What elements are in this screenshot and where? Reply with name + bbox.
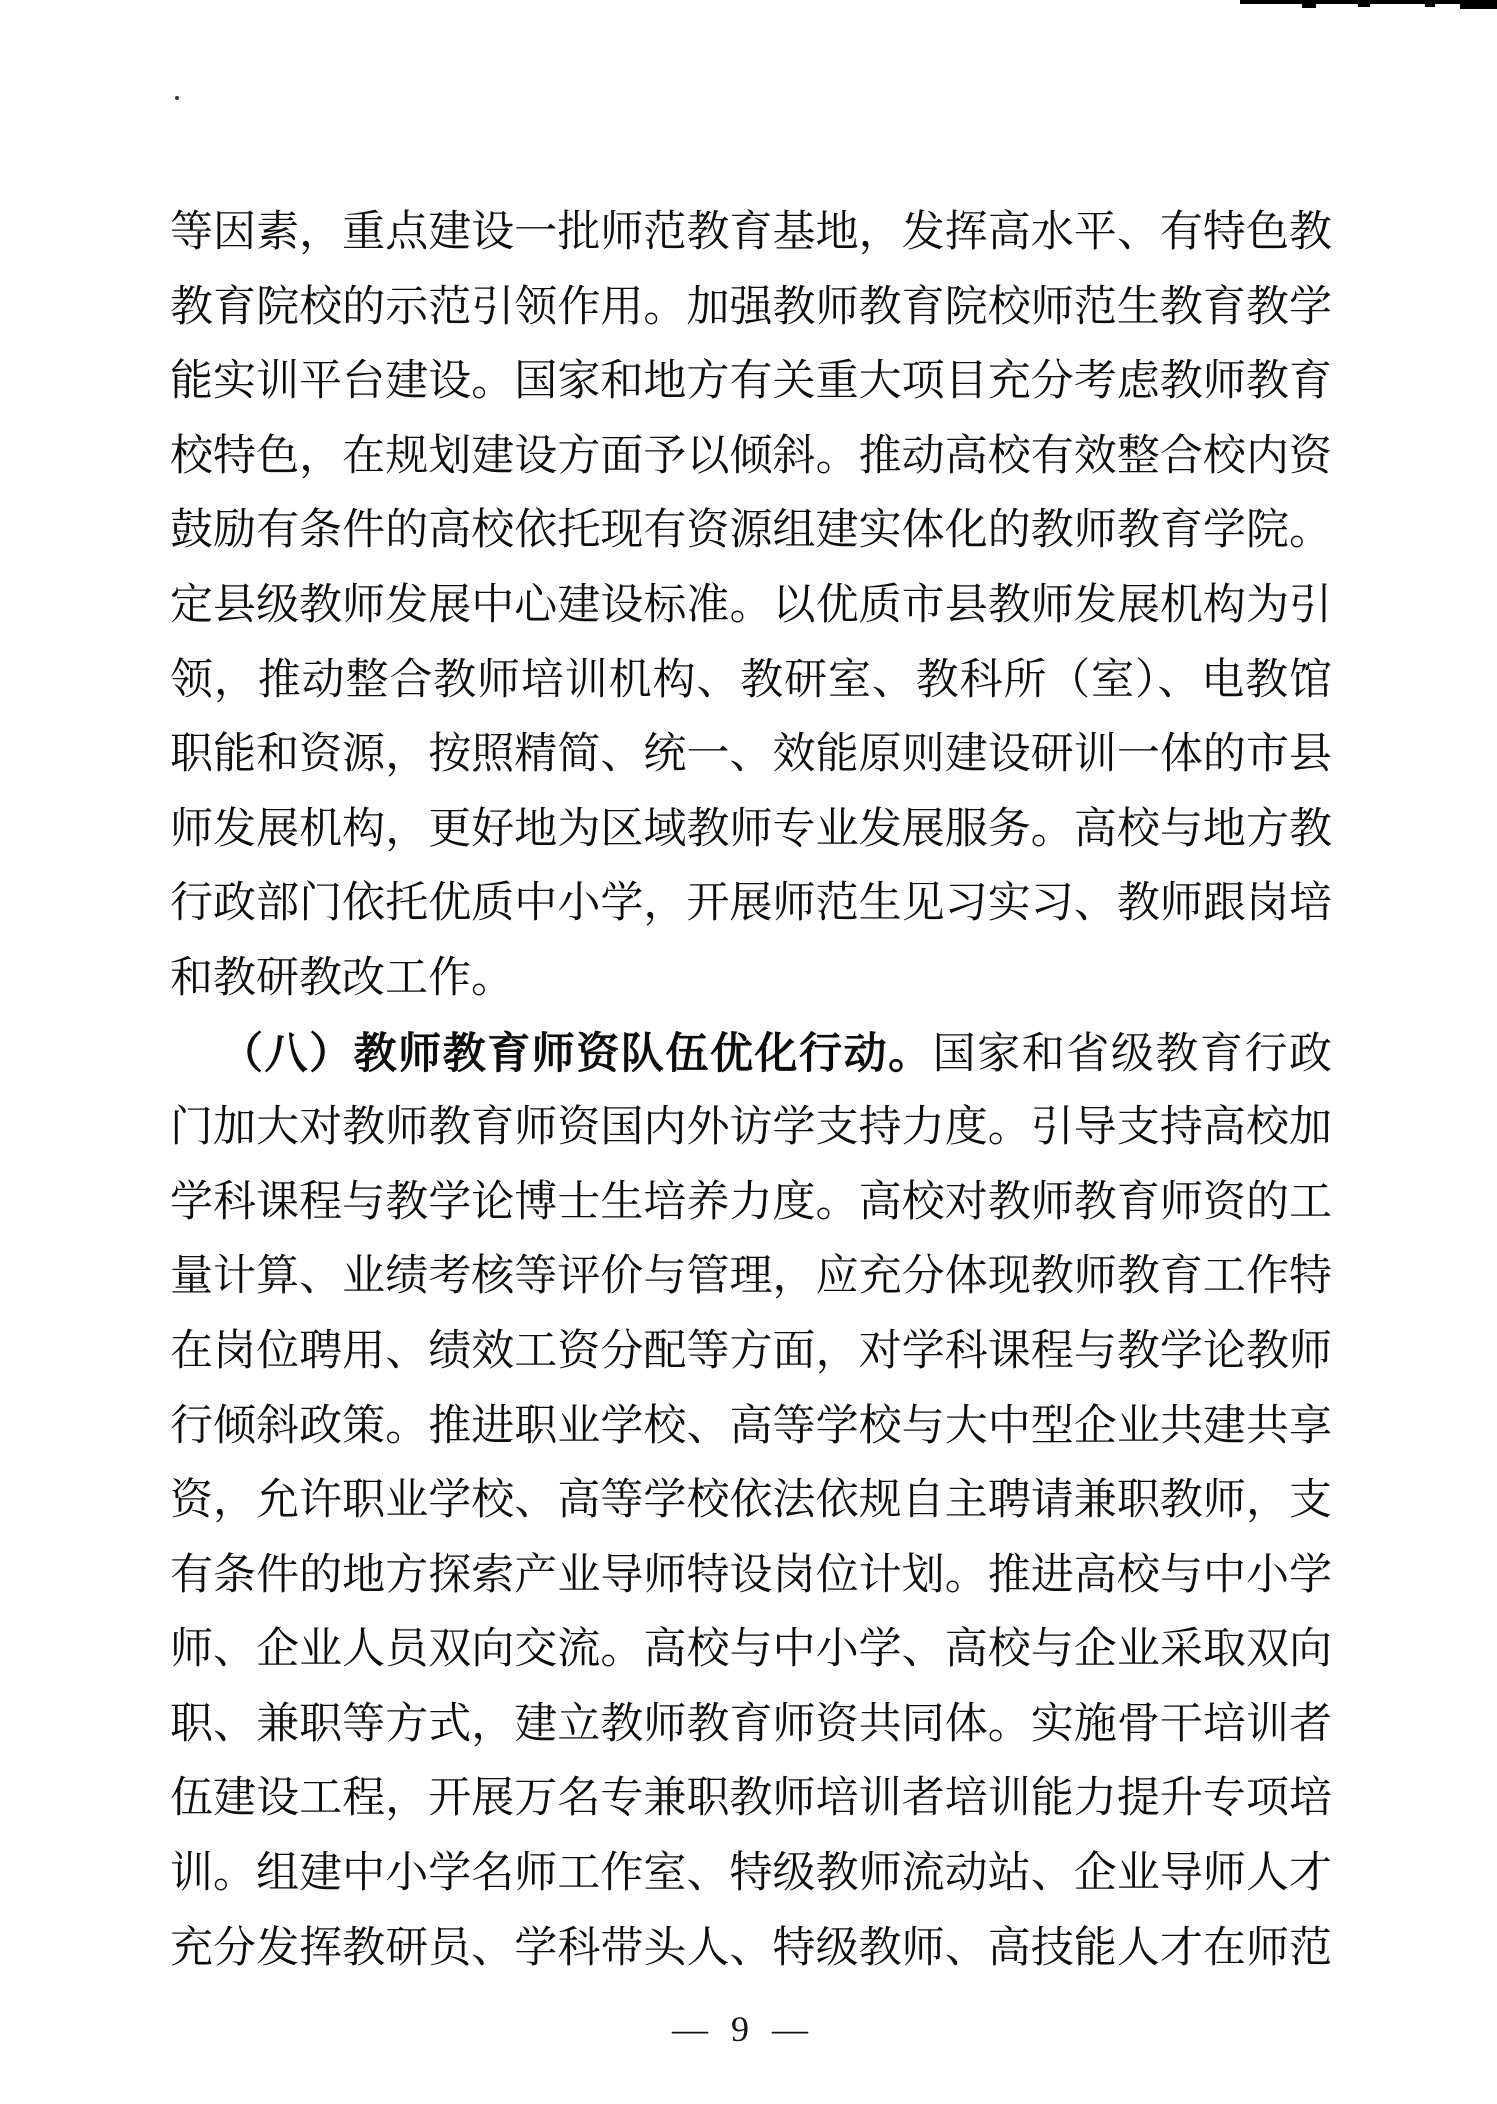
section-heading: （八）教师教育师资队伍优化行动。 xyxy=(220,1030,933,1078)
scan-artifact-bar xyxy=(1302,0,1316,8)
text-line: 充分发挥教研员、学科带头人、特级教师、高技能人才在师范生 xyxy=(170,1912,1332,1987)
text-line: 师、企业人员双向交流。高校与中小学、高校与企业采取双向挂 xyxy=(170,1613,1332,1688)
scan-artifact-bar xyxy=(1425,0,1435,7)
text-line: 行倾斜政策。推进职业学校、高等学校与大中型企业共建共享师 xyxy=(170,1390,1332,1465)
text-line: 量计算、业绩考核等评价与管理，应充分体现教师教育工作特点。 xyxy=(170,1240,1332,1315)
text-line: 职能和资源，按照精简、统一、效能原则建设研训一体的市县教 xyxy=(170,718,1332,793)
text-line: 有条件的地方探索产业导师特设岗位计划。推进高校与中小学教 xyxy=(170,1539,1332,1614)
paragraph-2-first-line: （八）教师教育师资队伍优化行动。国家和省级教育行政部 xyxy=(170,1017,1332,1092)
paragraph-1: 等因素，重点建设一批师范教育基地，发挥高水平、有特色教师 教育院校的示范引领作用… xyxy=(170,196,1332,1017)
text-line: 职、兼职等方式，建立教师教育师资共同体。实施骨干培训者队 xyxy=(170,1688,1332,1763)
text-line: 领，推动整合教师培训机构、教研室、教科所（室）、电教馆的 xyxy=(170,644,1332,719)
text-line: 在岗位聘用、绩效工资分配等方面，对学科课程与教学论教师实 xyxy=(170,1315,1332,1390)
text-line: 教育院校的示范引领作用。加强教师教育院校师范生教育教学技 xyxy=(170,271,1332,346)
scan-speck xyxy=(175,96,179,100)
text-line: 行政部门依托优质中小学，开展师范生见习实习、教师跟岗培训 xyxy=(170,867,1332,942)
text-line: 校特色，在规划建设方面予以倾斜。推动高校有效整合校内资源， xyxy=(170,420,1332,495)
document-body: 等因素，重点建设一批师范教育基地，发挥高水平、有特色教师 教育院校的示范引领作用… xyxy=(170,196,1332,1986)
text-line: 鼓励有条件的高校依托现有资源组建实体化的教师教育学院。制 xyxy=(170,494,1332,569)
text-line: 伍建设工程，开展万名专兼职教师培训者培训能力提升专项培 xyxy=(170,1762,1332,1837)
text-line: 等因素，重点建设一批师范教育基地，发挥高水平、有特色教师 xyxy=(170,196,1332,271)
scanned-document-page: 等因素，重点建设一批师范教育基地，发挥高水平、有特色教师 教育院校的示范引领作用… xyxy=(0,0,1497,2104)
scan-artifact-bar xyxy=(1358,0,1370,7)
text-line: 和教研教改工作。 xyxy=(170,942,1332,1017)
text-line: 学科课程与教学论博士生培养力度。高校对教师教育师资的工作 xyxy=(170,1166,1332,1241)
text-line: 资，允许职业学校、高等学校依法依规自主聘请兼职教师，支持 xyxy=(170,1464,1332,1539)
text-line: 师发展机构，更好地为区域教师专业发展服务。高校与地方教育 xyxy=(170,793,1332,868)
text-line: 训。组建中小学名师工作室、特级教师流动站、企业导师人才库， xyxy=(170,1837,1332,1912)
page-number: — 9 — xyxy=(0,2008,1480,2050)
paragraph-2: （八）教师教育师资队伍优化行动。国家和省级教育行政部 门加大对教师教育师资国内外… xyxy=(170,1017,1332,1987)
text-line: 门加大对教师教育师资国内外访学支持力度。引导支持高校加大 xyxy=(170,1091,1332,1166)
scan-artifact-bar xyxy=(1460,0,1497,9)
text-line: 定县级教师发展中心建设标准。以优质市县教师发展机构为引 xyxy=(170,569,1332,644)
text-line: 能实训平台建设。国家和地方有关重大项目充分考虑教师教育院 xyxy=(170,345,1332,420)
